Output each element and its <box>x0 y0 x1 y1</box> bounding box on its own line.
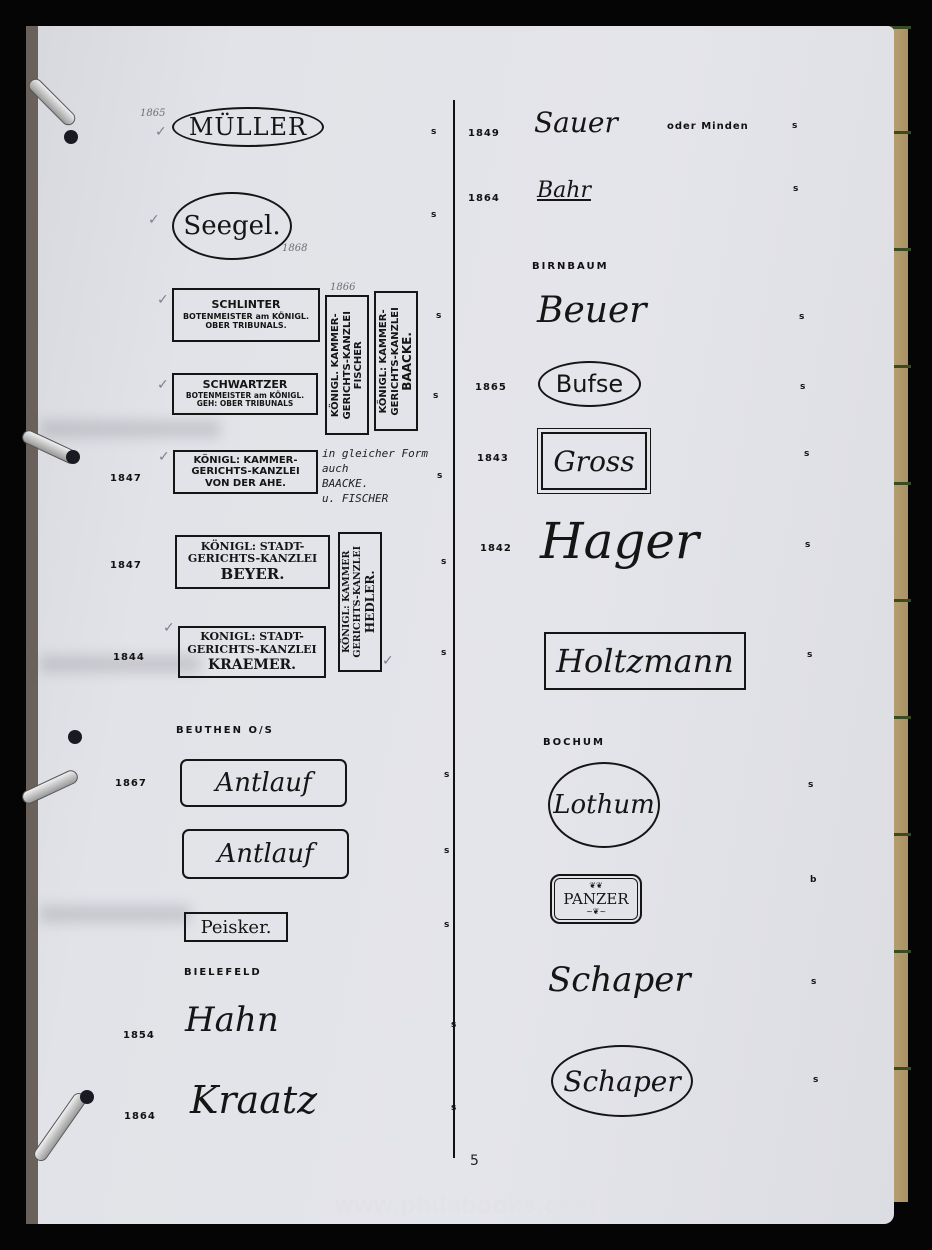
stamp-holtzmann: Holtzmann <box>544 632 746 690</box>
rarity-mark: s <box>451 1020 456 1030</box>
vertical-stamp-text: KÖNIGL: KAMMER- GERICHTS-KANZLEI BAACKE. <box>378 307 415 415</box>
stamp-line: KRAEMER. <box>208 657 296 673</box>
check-mark-icon: ✓ <box>158 449 170 465</box>
year-label: 1847 <box>110 473 142 484</box>
place-note: oder Minden <box>667 121 749 132</box>
stamp-text: Peisker. <box>201 917 272 938</box>
rarity-mark: s <box>793 184 798 194</box>
stamp-line: BOTENMEISTER am KÖNIGL. <box>183 312 309 321</box>
rarity-mark: s <box>799 312 804 322</box>
signature-beuer: Beuer <box>537 290 646 331</box>
year-label: 1843 <box>477 453 509 464</box>
page-number: 5 <box>470 1153 479 1169</box>
ornament-icon: ~❦~ <box>586 908 606 916</box>
stamp-text: Antlauf <box>215 768 311 798</box>
binder-hole <box>64 130 78 144</box>
stamp-line: HEDLER. <box>364 546 378 658</box>
signature-hager: Hager <box>540 512 699 570</box>
section-heading-bochum: BOCHUM <box>543 737 605 748</box>
rarity-mark: s <box>792 121 797 131</box>
stamp-muller: MÜLLER <box>172 107 324 147</box>
stamp-schwartzer: SCHWARTZER BOTENMEISTER am KÖNIGL. GEH: … <box>172 373 318 415</box>
check-mark-icon: ✓ <box>148 212 160 228</box>
stamp-line: GERICHTS-KANZLEI <box>341 311 353 419</box>
stamp-schlinter: SCHLINTER BOTENMEISTER am KÖNIGL. OBER T… <box>172 288 320 342</box>
pencil-year: 1868 <box>282 243 307 254</box>
rarity-mark: s <box>436 311 441 321</box>
page-edge <box>26 26 38 1224</box>
stamp-lothum: Lothum <box>548 762 660 848</box>
stamp-line: KÖNIGL: KAMMER- <box>378 307 390 415</box>
rarity-mark: s <box>811 977 816 987</box>
handwritten-note: in gleicher Form auch BAACKE. u. FISCHER <box>322 447 428 506</box>
rarity-mark: s <box>444 920 449 930</box>
year-label: 1842 <box>480 543 512 554</box>
rarity-mark: s <box>433 391 438 401</box>
ornament-icon: ❦❦ <box>589 882 602 890</box>
rarity-mark: b <box>810 875 816 885</box>
stamp-line: SCHWARTZER <box>203 379 288 392</box>
rarity-mark: s <box>808 780 813 790</box>
stamp-seegel: Seegel. <box>172 192 292 260</box>
stamp-text: PANZER <box>563 890 628 908</box>
rarity-mark: s <box>804 449 809 459</box>
stamp-text: Antlauf <box>217 839 313 869</box>
stamp-beyer: KÖNIGL: STADT- GERICHTS-KANZLEI BEYER. <box>175 535 330 589</box>
vertical-stamp-hedler: KÖNIGL: KAMMER GERICHTS-KANZLEI HEDLER. <box>338 532 382 672</box>
signature-kraatz: Kraatz <box>190 1078 317 1122</box>
stamp-line: BEYER. <box>221 566 285 583</box>
section-heading-birnbaum: BIRNBAUM <box>532 261 609 272</box>
stamp-antlauf-1: Antlauf <box>180 759 347 807</box>
rarity-mark: s <box>805 540 810 550</box>
binder-hole <box>66 450 80 464</box>
section-heading-bielefeld: BIELEFELD <box>184 967 262 978</box>
rarity-mark: s <box>451 1103 456 1113</box>
vertical-stamp-text: KÖNIGL: KAMMER GERICHTS-KANZLEI HEDLER. <box>342 546 378 658</box>
check-mark-icon: ✓ <box>157 377 169 393</box>
year-label: 1867 <box>115 778 147 789</box>
stamp-line: GERICHTS-KANZLEI <box>187 644 316 657</box>
stamp-line: KÖNIGL: KAMMER- <box>193 455 297 467</box>
signature-sauer: Sauer <box>534 106 618 139</box>
stamp-line: FISCHER <box>353 311 365 419</box>
binder-hole <box>80 1090 94 1104</box>
year-label: 1864 <box>468 193 500 204</box>
stamp-kraemer: KONIGL: STADT- GERICHTS-KANZLEI KRAEMER. <box>178 626 326 678</box>
stamp-line: SCHLINTER <box>212 299 281 312</box>
stamp-bufse: Bufse <box>538 361 641 407</box>
stamp-line: BAACKE. <box>401 307 415 415</box>
signature-bahr: Bahr <box>537 178 591 203</box>
stamp-peisker: Peisker. <box>184 912 288 942</box>
stamp-text: MÜLLER <box>189 113 307 141</box>
vertical-stamp-fischer: KÖNIGL. KAMMER- GERICHTS-KANZLEI FISCHER <box>325 295 369 435</box>
stamp-line: OBER TRIBUNALS. <box>205 321 286 330</box>
stamp-text: Schaper <box>563 1065 680 1098</box>
pencil-year: 1866 <box>330 282 355 293</box>
stamp-line: KÖNIGL. KAMMER- <box>330 311 342 419</box>
vertical-stamp-text: KÖNIGL. KAMMER- GERICHTS-KANZLEI FISCHER <box>330 311 365 419</box>
catalog-page <box>26 26 894 1224</box>
rarity-mark: s <box>813 1075 818 1085</box>
column-divider <box>453 100 455 1158</box>
rarity-mark: s <box>800 382 805 392</box>
stamp-text: Gross <box>553 445 634 478</box>
year-label: 1865 <box>475 382 507 393</box>
binder-hole <box>68 730 82 744</box>
stamp-von-der-ahe: KÖNIGL: KAMMER- GERICHTS-KANZLEI VON DER… <box>173 450 318 494</box>
section-heading-beuthen: BEUTHEN O/S <box>176 725 274 736</box>
rarity-mark: s <box>444 770 449 780</box>
fold-shadow <box>40 905 190 923</box>
signature-hahn: Hahn <box>185 1000 279 1040</box>
watermark: www.philabooks.com <box>0 1192 932 1220</box>
stamp-line: GEH: OBER TRIBUNALS <box>197 400 294 409</box>
rarity-mark: s <box>441 648 446 658</box>
check-mark-icon: ✓ <box>382 653 394 669</box>
signature-schaper: Schaper <box>548 960 691 1000</box>
year-label: 1864 <box>124 1111 156 1122</box>
stamp-panzer: ❦❦ PANZER ~❦~ <box>550 874 642 924</box>
stamp-text: Holtzmann <box>556 642 734 680</box>
year-label: 1847 <box>110 560 142 571</box>
stamp-text: Lothum <box>553 790 655 820</box>
stamp-schaper-oval: Schaper <box>551 1045 693 1117</box>
fold-shadow <box>40 420 220 438</box>
stamp-gross: Gross <box>541 432 647 490</box>
stamp-antlauf-2: Antlauf <box>182 829 349 879</box>
year-label: 1849 <box>468 128 500 139</box>
rarity-mark: s <box>444 846 449 856</box>
stamp-line: VON DER AHE. <box>205 478 286 490</box>
vertical-stamp-baacke: KÖNIGL: KAMMER- GERICHTS-KANZLEI BAACKE. <box>374 291 418 431</box>
check-mark-icon: ✓ <box>163 620 175 636</box>
rarity-mark: s <box>431 210 436 220</box>
year-label: 1854 <box>123 1030 155 1041</box>
rarity-mark: s <box>807 650 812 660</box>
check-mark-icon: ✓ <box>157 292 169 308</box>
rarity-mark: s <box>437 471 442 481</box>
stamp-line: GERICHTS-KANZLEI <box>191 466 299 478</box>
rarity-mark: s <box>441 557 446 567</box>
stamp-text: Bufse <box>556 370 623 398</box>
year-label: 1844 <box>113 652 145 663</box>
pencil-year: 1865 <box>140 108 165 119</box>
check-mark-icon: ✓ <box>155 124 167 140</box>
stamp-text: Seegel. <box>183 211 280 241</box>
rarity-mark: s <box>431 127 436 137</box>
